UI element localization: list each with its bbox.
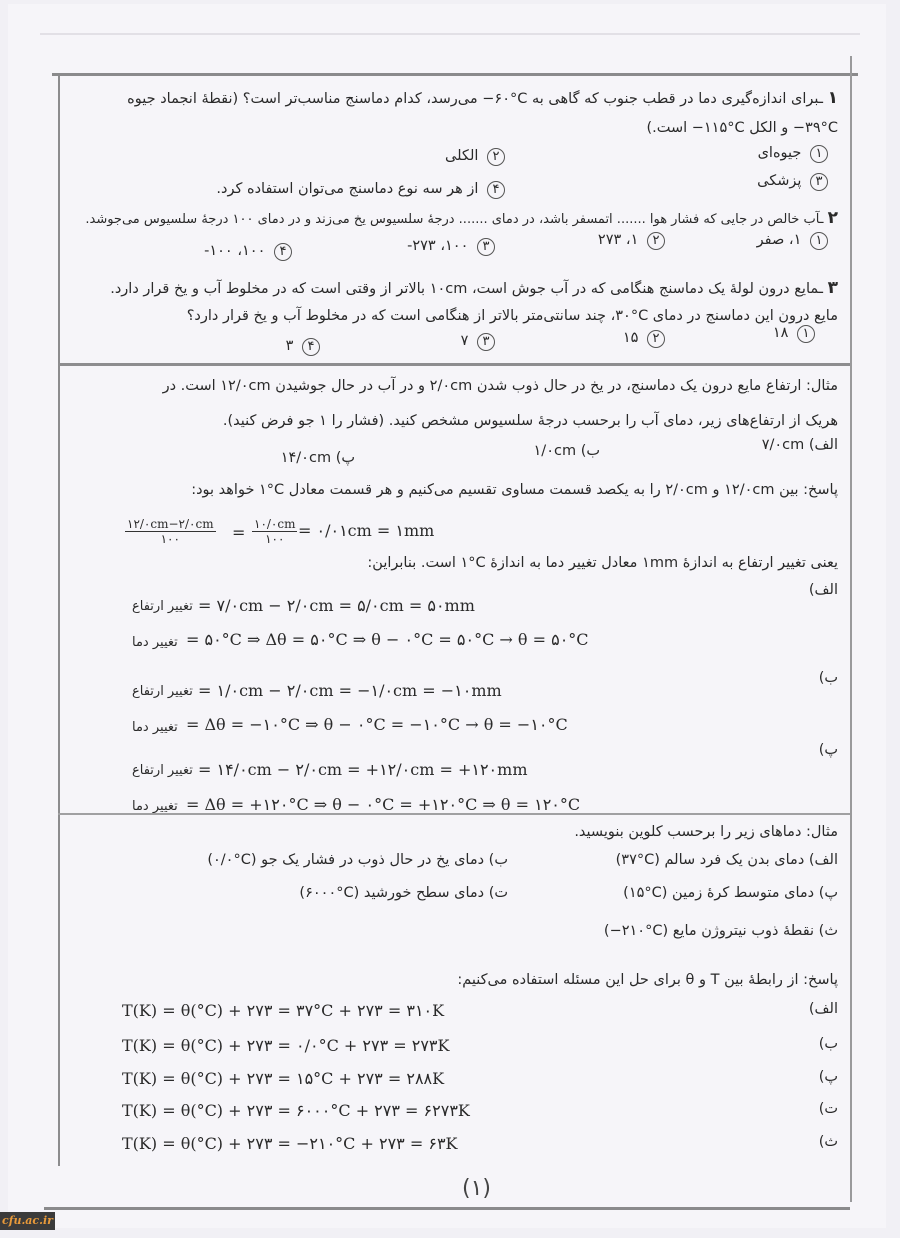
question-3-text-line2: مایع درون این دماسنج در دمای ‎۳۰°C‎، چند… (187, 306, 838, 326)
page-number: (۱) (462, 1176, 491, 1201)
fraction-per-degree: ۱۰/۰cm ۱۰۰ (252, 517, 297, 546)
option-2[interactable]: ۲ الکلی (445, 148, 505, 166)
height-change-label: تغییر ارتفاع (132, 763, 193, 778)
example-1-part-c: پ) ‎۱۴/۰cm (281, 450, 355, 466)
solution-b-temp-equation: = Δθ = −۱۰°C ⇒ θ − ۰°C = −۱۰°C → θ = −۱۰… (186, 714, 568, 736)
option-2[interactable]: ۲ ۱۵ (623, 330, 665, 348)
site-watermark-logo: cfu.ac.ir (0, 1212, 55, 1230)
frame-right-border (850, 56, 852, 1202)
solution-e-kelvin-equation: T(K) = θ(°C) + ۲۷۳ = −۲۱۰°C + ۲۷۳ = ۶۳K (122, 1133, 458, 1155)
option-1[interactable]: ۱ ۱، صفر (757, 232, 828, 250)
temp-change-label: تغییر دما (132, 799, 178, 814)
option-number-circle: ۴ (487, 181, 505, 199)
option-number-circle: ۱ (797, 325, 815, 343)
solution-b-label: ب) (819, 670, 838, 686)
example-2-answer-intro: پاسخ: از رابطهٔ بین T و θ برای حل این مس… (457, 970, 838, 990)
solution-c-kelvin-equation: T(K) = θ(°C) + ۲۷۳ = ۱۵°C + ۲۷۳ = ۲۸۸K (122, 1068, 444, 1090)
option-number-circle: ۲ (647, 232, 665, 250)
option-4[interactable]: ۴ ۱۰۰، ‎-۱۰۰ (204, 243, 292, 261)
option-number-circle: ۳ (477, 238, 495, 256)
option-number-circle: ۳ (810, 173, 828, 191)
example-1-part-b: ب) ‎۱/۰cm (534, 443, 600, 459)
option-1[interactable]: ۱ جیوه‌ای (758, 145, 828, 163)
question-number: ۳ (828, 278, 838, 298)
bleed-through-line (40, 33, 860, 35)
fraction-result: = ۰/۰۱cm = ۱mm (298, 520, 434, 542)
fraction-height-diff: ۱۲/۰cm−۲/۰cm ۱۰۰ (125, 517, 216, 546)
solution-a-label: الف) (809, 582, 838, 598)
solution-d-label: ت) (819, 1101, 838, 1117)
section-divider (58, 813, 850, 815)
example-1-statement-line2: هریک از ارتفاع‌های زیر، دمای آب را برحسب… (223, 411, 838, 431)
example-1-statement-line1: مثال: ارتفاع مایع درون یک دماسنج، در یخ … (163, 376, 838, 396)
solution-a-temp-equation: = ۵۰°C ⇒ Δθ = ۵۰°C ⇒ θ − ۰°C = ۵۰°C → θ … (186, 629, 589, 651)
option-number-circle: ۴ (274, 243, 292, 261)
question-1-text-line2: ‎−۳۹°C‎ و الکل ‎−۱۱۵°C‎ است.) (646, 118, 838, 138)
question-2-text: ۲ ـآب خالص در جایی که فشار هوا ....... ا… (85, 208, 838, 230)
option-number-circle: ۱ (810, 145, 828, 163)
height-change-label: تغییر ارتفاع (132, 684, 193, 699)
solution-a-height-equation: = ۷/۰cm − ۲/۰cm = ۵/۰cm = ۵۰mm (198, 595, 475, 617)
option-3[interactable]: ۳ پزشکی (757, 173, 828, 191)
option-3[interactable]: ۳ ۱۰۰، ‎-۲۷۳ (407, 238, 495, 256)
frame-bottom-border (44, 1207, 850, 1210)
question-number: ۲ (828, 208, 838, 228)
frame-top-border (52, 73, 858, 76)
option-number-circle: ۴ (302, 338, 320, 356)
solution-a-kelvin-equation: T(K) = θ(°C) + ۲۷۳ = ۳۷°C + ۲۷۳ = ۳۱۰K (122, 1000, 444, 1022)
example-2-item-a: الف) دمای بدن یک فرد سالم (‎۳۷°C‎) (616, 852, 838, 868)
solution-c-label: پ) (819, 1069, 838, 1085)
option-number-circle: ۱ (810, 232, 828, 250)
question-1-text-line1: ۱ ـبرای اندازه‌گیری دما در قطب جنوب که گ… (127, 88, 838, 109)
solution-d-kelvin-equation: T(K) = θ(°C) + ۲۷۳ = ۶۰۰۰°C + ۲۷۳ = ۶۲۷۳… (122, 1100, 470, 1122)
solution-c-height-equation: = ۱۴/۰cm − ۲/۰cm = +۱۲/۰cm = +۱۲۰mm (198, 759, 527, 781)
solution-b-label: ب) (819, 1036, 838, 1052)
height-change-label: تغییر ارتفاع (132, 599, 193, 614)
example-2-item-d: ت) دمای سطح خورشید (‎۶۰۰۰°C‎) (299, 885, 508, 901)
example-2-statement: مثال: دماهای زیر را برحسب کلوین بنویسید. (574, 822, 838, 842)
solution-a-label: الف) (809, 1001, 838, 1017)
option-number-circle: ۲ (647, 330, 665, 348)
solution-b-kelvin-equation: T(K) = θ(°C) + ۲۷۳ = ۰/۰°C + ۲۷۳ = ۲۷۳K (122, 1035, 449, 1057)
option-2[interactable]: ۲ ۱، ۲۷۳ (598, 232, 665, 250)
example-1-meaning: یعنی تغییر ارتفاع به اندازهٔ ‎۱mm‎ معادل… (367, 553, 838, 573)
solution-b-height-equation: = ۱/۰cm − ۲/۰cm = −۱/۰cm = −۱۰mm (198, 680, 502, 702)
solution-c-label: پ) (819, 742, 838, 758)
example-1-answer-intro: پاسخ: بین ‎۱۲/۰cm‎ و ‎۲/۰cm‎ را به یکصد … (191, 480, 838, 500)
option-number-circle: ۲ (487, 148, 505, 166)
example-2-item-c: پ) دمای متوسط کرهٔ زمین (‎۱۵°C‎) (623, 885, 838, 901)
frame-left-border (58, 76, 60, 1166)
section-divider (58, 363, 850, 366)
option-1[interactable]: ۱ ۱۸ (773, 325, 815, 343)
question-3-text-line1: ۳ ـمایع درون لولهٔ یک دماسنج هنگامی که د… (110, 278, 838, 299)
option-number-circle: ۳ (477, 333, 495, 351)
example-1-part-a: الف) ‎۷/۰cm (762, 437, 838, 453)
option-4[interactable]: ۴ ۳ (286, 338, 320, 356)
example-2-item-e: ث) نقطهٔ ذوب نیتروژن مایع (‎−۲۱۰°C‎) (604, 923, 838, 939)
solution-e-label: ث) (819, 1134, 838, 1150)
example-2-item-b: ب) دمای یخ در حال ذوب در فشار یک جو (‎۰/… (207, 852, 508, 868)
question-number: ۱ (828, 88, 838, 108)
temp-change-label: تغییر دما (132, 635, 178, 650)
temp-change-label: تغییر دما (132, 720, 178, 735)
option-4[interactable]: ۴ از هر سه نوع دماسنج می‌توان استفاده کر… (216, 181, 505, 199)
option-3[interactable]: ۳ ۷ (461, 333, 495, 351)
